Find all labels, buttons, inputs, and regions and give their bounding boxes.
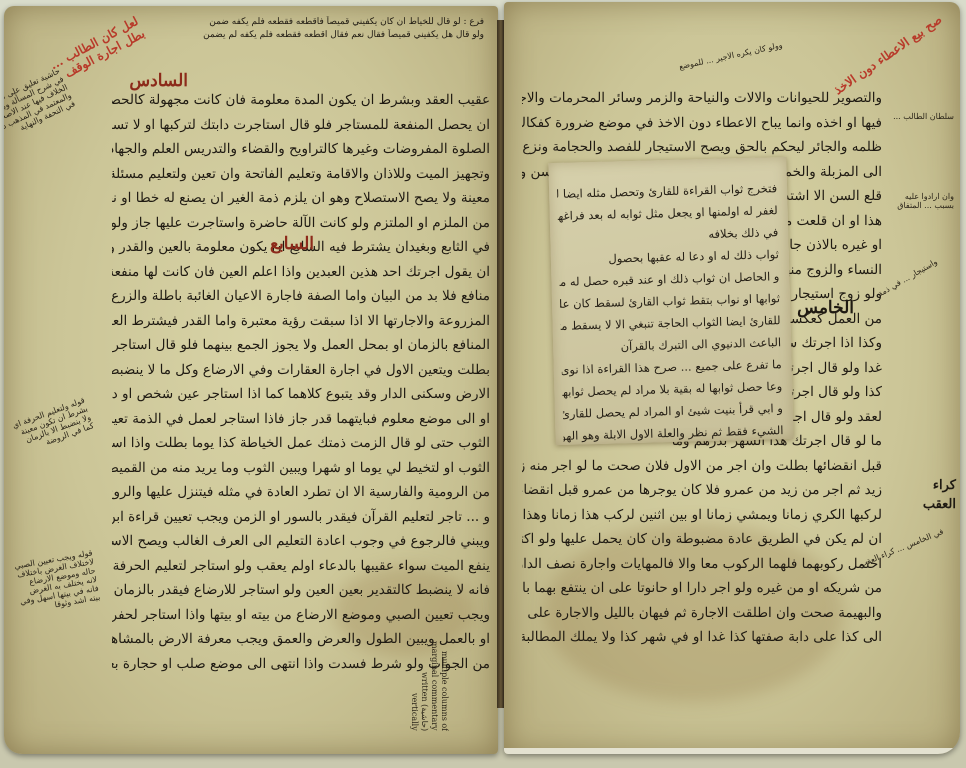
text-line: ويبني فالرجوع في وجوب اعادة التعليم الى … <box>112 529 490 554</box>
marginal-gloss: وان ارادوا عليه بسبب ... المتفاق <box>884 192 954 210</box>
text-line: وتجهيز الميت وللاذان والاقامة وتعليم الف… <box>112 162 490 187</box>
text-line: الارض وسكنى الدار وقد يتبوع كلاهما كما ا… <box>112 382 490 407</box>
text-line: معينة ولا يصح الاستصلاح وهو ان يلزم ذمة … <box>112 186 490 211</box>
text-line: والتصوير للحيوانات والالات والنياحة والز… <box>522 86 882 111</box>
text-line: ظلمه والجائر ليحكم بالحق ويصح الاستيجار … <box>522 135 882 160</box>
page-edge <box>504 748 960 754</box>
text-line: ويجب تعيين الصبي وموضع الارضاع من بيته ا… <box>112 603 490 628</box>
text-line: عقيب العقد وبشرط ان يكون المدة معلومة فا… <box>112 88 490 113</box>
top-note-line: فرع : لو قال للخياط ان كان يكفيني قميصاً… <box>144 16 484 29</box>
text-line: المنافع بالزمان او بمحل العمل ولا يجوز ا… <box>112 333 490 358</box>
top-note-line: ولو قال هل يكفيني قميصاً فقال نعم فقال ا… <box>144 29 484 42</box>
marginal-gloss: قوله ويجب تعيين الصبي لاختلاف الغرض باخت… <box>13 548 120 719</box>
text-line: المزروعة والاجارتها الا اذا سبقت رؤية مع… <box>112 309 490 334</box>
text-line: ان يقول اجرتك احد هذين العبدين واذا اعلم… <box>112 260 490 285</box>
vertical-glosses: multiple columns of marginal commentary … <box>119 641 449 731</box>
text-line: و ... تاجر لتعليم القرآن فيقدر بالسور او… <box>112 505 490 530</box>
text-line: قبل انقضائها بطلت وان اجر من الاول فلان … <box>522 454 882 479</box>
pasted-paper-slip: فتخرج ثواب القراءة للقارئ وتحصل مثله ايض… <box>548 157 793 445</box>
text-line: من الرومية والفارسية الا ان تطرد العادة … <box>112 480 490 505</box>
rubric-heading: السابع <box>270 234 314 254</box>
top-note: فرع : لو قال للخياط ان كان يكفيني قميصاً… <box>144 16 484 42</box>
marginal-gloss: قوله ولتعليم الحرفة اي بشرط ان تكون معين… <box>8 396 121 527</box>
text-line: لركبها الكري زمانا ويمشي زمانا او بين اث… <box>522 503 882 528</box>
text-line: فيها او اخذه وانما يباح الاعطاء دون الاخ… <box>522 111 882 136</box>
margin-heading-lower: كراء العقب <box>896 474 956 512</box>
rubric-heading: الخامس <box>797 298 854 318</box>
text-line: او الى موضع معلوم فبايتهما قدر جاز فاذا … <box>112 407 490 432</box>
text-line: فانه لا ينضبط كالتقدير بعين العين ولو اس… <box>112 578 490 603</box>
text-line: زيد ثم اجر من زيد من عمرو فلا كان يوجرها… <box>522 478 882 503</box>
text-line: من شريكه او من غيره ولو اجر دارا او حانو… <box>522 576 882 601</box>
main-text-left: عقيب العقد وبشرط ان يكون المدة معلومة فا… <box>112 88 490 676</box>
text-line: منافع فلا بد من البيان واما الصفة فاجارة… <box>112 284 490 309</box>
text-line: ينفع الميت سواء عقيبها بالدعاء اولم يعقب… <box>112 554 490 579</box>
text-line: ان لم يكن في الطريق عادة مضبوطة وان كان … <box>522 527 882 552</box>
text-line: والبهيمة صحت وان اطلقت الاجارة ثم فيهان … <box>522 601 882 626</box>
text-line: الى كذا على دابة صفتها كذا غدا او في شهر… <box>522 625 882 650</box>
left-manuscript-page: لعل كان الطالب ... بطل اجارة الوقف فرع :… <box>4 6 498 754</box>
margin-heading: كراء العقب <box>923 478 956 512</box>
text-line: الثوب حتى لو قال الزمت ذمتك عمل الخياطة … <box>112 431 490 456</box>
rubric-seventh: السابع <box>254 234 314 254</box>
text-line: الصلوة المفروضات وغيرها كالتراويح والقضا… <box>112 137 490 162</box>
text-line: بطلت ويتعين الاول في اجارة العقارات وفي … <box>112 358 490 383</box>
text-line: من الملزم او الملتزم ولو كانت الآلة حاضر… <box>112 211 490 236</box>
text-line: احتمل ركوبهما فلهما الركوب معا والا فالم… <box>522 552 882 577</box>
text-line: الثوب او لتخيط لي يوما او شهرا ويبين الث… <box>112 456 490 481</box>
top-marginal-note: وولو كان يكره الاجير ... للموضع <box>625 40 783 82</box>
text-line: ان يحصل المنفعة للمستاجر فلو قال استاجرت… <box>112 113 490 138</box>
marginal-gloss: سلطان الطالب ... <box>884 112 954 121</box>
